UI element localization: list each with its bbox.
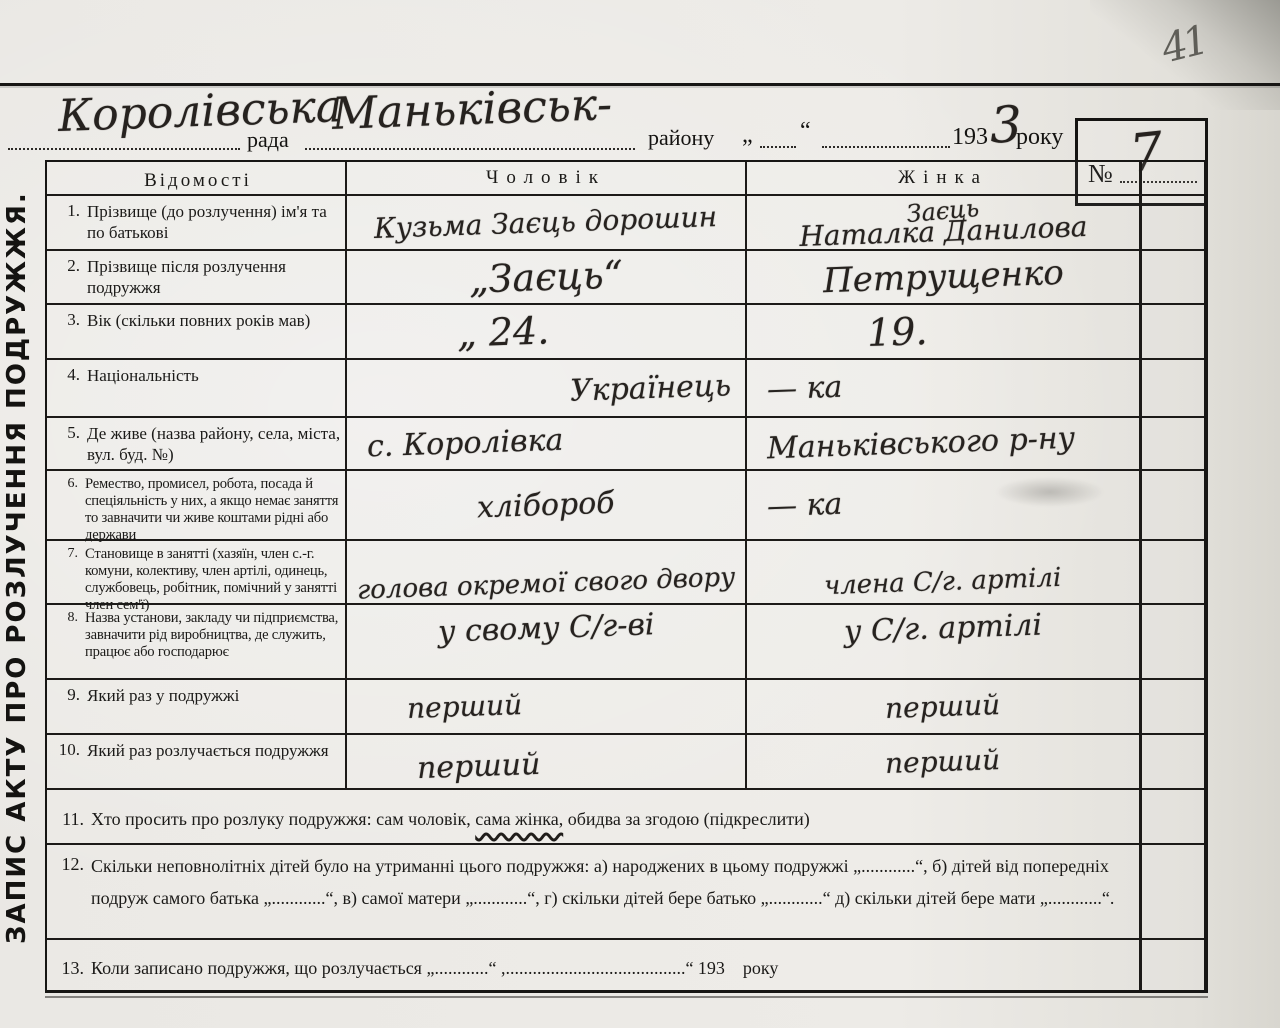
- margin-column: [1142, 541, 1204, 603]
- margin-column: [1142, 251, 1204, 303]
- row-label: Який раз у подружжі: [87, 685, 341, 733]
- ink-smudge: [995, 477, 1105, 507]
- man-entry-handwritten: голова окремої свого двору: [356, 562, 735, 605]
- margin-column: [1142, 680, 1204, 733]
- woman-entry-handwritten: Маньківського р-ну: [766, 421, 1075, 467]
- woman-surname-handwritten: Заєць: [906, 198, 980, 226]
- side-vertical-title: ЗАПИС АКТУ ПРО РОЗЛУЧЕННЯ ПОДРУЖЖЯ.: [2, 172, 46, 964]
- row-label: Становище в занятті (хазяїн, член с.-г. …: [85, 546, 341, 603]
- row-label: Прізвище (до розлучення) ім'я та по бать…: [87, 201, 341, 249]
- man-entry-handwritten: Кузьма Заєць дорошин: [374, 200, 718, 245]
- rada-label: рада: [247, 127, 289, 153]
- man-entry-handwritten: хлібороб: [477, 485, 616, 525]
- row-number: 11.: [57, 806, 91, 832]
- table-row-full: 13. Коли записано подружжя, що розлучаєт…: [47, 938, 1204, 990]
- margin-column: [1142, 605, 1204, 678]
- woman-entry-handwritten: перший: [885, 688, 1001, 725]
- row11-text-post: обидва за згодою (підкреслити): [563, 809, 810, 829]
- year-label: року: [1016, 124, 1063, 151]
- dotted-blank: [822, 146, 950, 148]
- margin-column: [1142, 162, 1204, 194]
- row-number: 1.: [55, 201, 87, 249]
- man-entry-handwritten: перший: [416, 747, 540, 786]
- man-entry-handwritten: перший: [406, 688, 522, 725]
- margin-column: [1142, 845, 1204, 938]
- table-row-full: 11. Хто просить про розлуку подружжя: са…: [47, 788, 1204, 843]
- table-row: 4. Національність Українець — ка: [47, 358, 1204, 416]
- row-label: Прізвище після розлучення подружжя: [87, 256, 341, 303]
- woman-entry-handwritten: Петрущенко: [822, 253, 1064, 301]
- dotted-blank: [305, 148, 635, 150]
- margin-column: [1142, 790, 1204, 843]
- row-number: 4.: [55, 365, 87, 416]
- scanned-divorce-record-page: 41 Королівська рада Маньківськ- району „…: [0, 0, 1280, 1028]
- table-row: 10. Який раз розлучається подружжя перши…: [47, 733, 1204, 788]
- table-row-full: 12. Скільки неповнолітніх дітей було на …: [47, 843, 1204, 938]
- row-label: Ремество, промисел, робота, посада й спе…: [85, 476, 341, 539]
- margin-column: [1142, 196, 1204, 249]
- table-row: 5. Де живе (назва району, села, міста, в…: [47, 416, 1204, 469]
- row-number: 3.: [55, 310, 87, 358]
- man-entry-handwritten: Українець: [569, 368, 731, 409]
- man-entry-handwritten: „ 24.: [456, 308, 550, 355]
- row-label: Який раз розлучається подружжя: [87, 740, 341, 788]
- row11-text-pre: Хто просить про розлуку подружжя: сам чо…: [91, 809, 475, 829]
- margin-column: [1142, 940, 1204, 990]
- woman-entry-handwritten: 19.: [866, 308, 928, 354]
- table-row: 6. Ремество, промисел, робота, посада й …: [47, 469, 1204, 539]
- margin-column: [1142, 305, 1204, 358]
- row-number: 10.: [55, 740, 87, 788]
- woman-entry-handwritten: члена С/г. артілі: [824, 563, 1062, 601]
- woman-entry-handwritten: перший: [885, 743, 1001, 780]
- open-quote: „: [742, 122, 753, 149]
- margin-column: [1142, 418, 1204, 469]
- margin-column: [1142, 471, 1204, 539]
- row11-underlined-choice: сама жінка,: [475, 809, 563, 829]
- woman-entry-handwritten: у С/г. артілі: [843, 608, 1042, 650]
- margin-column: [1142, 360, 1204, 416]
- row12-text: Скільки неповнолітніх дітей було на утри…: [91, 851, 1125, 938]
- man-entry-handwritten: у свому С/г-ві: [437, 607, 655, 650]
- row-number: 8.: [55, 610, 85, 678]
- dotted-blank: [8, 148, 240, 150]
- man-entry-handwritten: „Заєць“: [468, 252, 623, 301]
- table-row: 9. Який раз у подружжі перший перший: [47, 678, 1204, 733]
- col-header-woman: Жінка: [747, 162, 1142, 194]
- man-entry-handwritten: с. Королівка: [366, 423, 563, 465]
- row-number: 12.: [57, 851, 91, 938]
- table-row: 3. Вік (скільки повних років мав) „ 24. …: [47, 303, 1204, 358]
- row-number: 7.: [55, 546, 85, 603]
- woman-entry-handwritten: — ка: [766, 369, 843, 407]
- year-printed: 193: [952, 124, 988, 151]
- row-number: 6.: [55, 476, 85, 539]
- row-number: 2.: [55, 256, 87, 303]
- row13-text: Коли записано подружжя, що розлучається …: [91, 955, 1125, 981]
- raion-name-handwritten: Маньківськ-: [331, 79, 613, 140]
- bottom-double-rule: [45, 996, 1208, 998]
- col-header-man: Чоловік: [347, 162, 747, 194]
- margin-column: [1142, 735, 1204, 788]
- close-quote: “: [800, 118, 811, 145]
- rada-name-handwritten: Королівська: [57, 81, 343, 142]
- raion-label: району: [648, 125, 714, 151]
- col-header-info: Відомості: [47, 162, 347, 194]
- row-label: Де живе (назва району, села, міста, вул.…: [87, 423, 341, 469]
- row-number: 5.: [55, 423, 87, 469]
- table-row: 2. Прізвище після розлучення подружжя „З…: [47, 249, 1204, 303]
- table-header-row: Відомості Чоловік Жінка: [47, 162, 1204, 194]
- table-row: 1. Прізвище (до розлучення) ім'я та по б…: [47, 194, 1204, 249]
- woman-entry-handwritten: — ка: [766, 486, 843, 524]
- table-row: 8. Назва установи, закладу чи підприємст…: [47, 603, 1204, 678]
- record-table: Відомості Чоловік Жінка 1. Прізвище (до …: [45, 160, 1208, 993]
- row-label: Національність: [87, 365, 341, 416]
- dotted-blank: [760, 146, 796, 148]
- row-number: 9.: [55, 685, 87, 733]
- row-number: 13.: [57, 955, 91, 981]
- row-label: Назва установи, закладу чи підприємства,…: [85, 610, 341, 678]
- row-label: Вік (скільки повних років мав): [87, 310, 341, 358]
- table-row: 7. Становище в занятті (хазяїн, член с.-…: [47, 539, 1204, 603]
